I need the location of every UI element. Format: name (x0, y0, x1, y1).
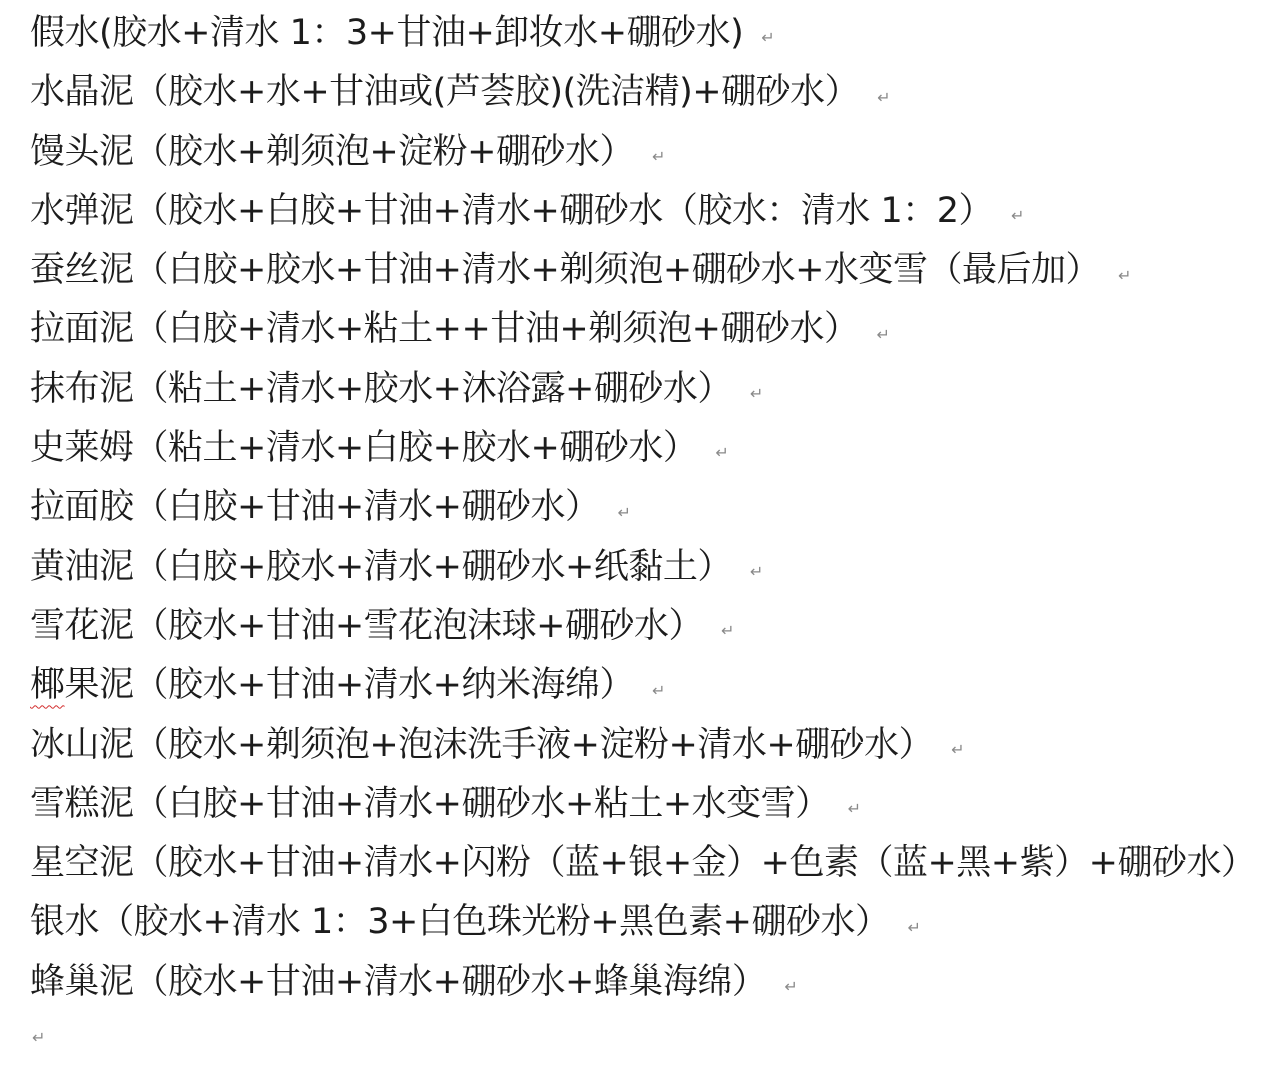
recipe-line-icecream-slime[interactable]: 雪糕泥（白胶+甘油+清水+硼砂水+粘土+水变雪）↵ (30, 775, 1266, 834)
recipe-line-fake-water[interactable]: 假水(胶水+清水 1：3+甘油+卸妆水+硼砂水)↵ (30, 4, 1266, 63)
paragraph-mark-icon: ↵ (1011, 186, 1024, 245)
slime-name: 雪花泥 (30, 606, 134, 646)
paragraph-mark-icon: ↵ (877, 68, 890, 127)
paragraph-mark-icon: ↵ (848, 779, 861, 838)
recipe-line-honeycomb-slime[interactable]: 蜂巢泥（胶水+甘油+清水+硼砂水+蜂巢海绵）↵ (30, 953, 1266, 1012)
paragraph-mark-icon: ↵ (750, 364, 763, 423)
ingredients: （胶水+甘油+雪花泡沫球+硼砂水） (134, 606, 703, 646)
slime-name: 拉面胶 (30, 487, 134, 527)
recipe-line-galaxy-slime[interactable]: 星空泥（胶水+甘油+清水+闪粉（蓝+银+金）+色素（蓝+黑+紫）+硼砂水） (30, 834, 1266, 893)
ingredients: （白胶+胶水+甘油+清水+剃须泡+硼砂水+水变雪（最后加） (134, 250, 1100, 290)
slime-name: 抹布泥 (30, 369, 134, 409)
recipe-line-silver-water[interactable]: 银水（胶水+清水 1：3+白色珠光粉+黑色素+硼砂水）↵ (30, 893, 1266, 952)
recipe-line-crystal-slime[interactable]: 水晶泥（胶水+水+甘油或(芦荟胶)(洗洁精)+硼砂水）↵ (30, 63, 1266, 122)
ingredients: （白胶+甘油+清水+硼砂水+粘土+水变雪） (134, 784, 830, 824)
slime-name: 蜂巢泥 (30, 962, 134, 1002)
ingredients: （白胶+清水+粘土++甘油+剃须泡+硼砂水） (134, 309, 859, 349)
recipe-line-snowflake-slime[interactable]: 雪花泥（胶水+甘油+雪花泡沫球+硼砂水）↵ (30, 597, 1266, 656)
paragraph-mark-icon: ↵ (715, 423, 728, 482)
paragraph-mark-icon: ↵ (1118, 246, 1131, 305)
spellcheck-flagged-word[interactable]: 椰 (30, 665, 65, 705)
ingredients: （白胶+甘油+清水+硼砂水） (134, 487, 600, 527)
ingredients: (胶水+清水 1：3+甘油+卸妆水+硼砂水) (99, 13, 743, 53)
ingredients: （胶水+甘油+清水+硼砂水+蜂巢海绵） (134, 962, 767, 1002)
recipe-line-noodle-slime[interactable]: 拉面泥（白胶+清水+粘土++甘油+剃须泡+硼砂水）↵ (30, 300, 1266, 359)
paragraph-mark-icon: ↵ (721, 601, 734, 660)
paragraph-mark-icon: ↵ (750, 542, 763, 601)
slime-name: 拉面泥 (30, 309, 134, 349)
recipe-line-cloth-slime[interactable]: 抹布泥（粘土+清水+胶水+沐浴露+硼砂水）↵ (30, 360, 1266, 419)
ingredients: （胶水+白胶+甘油+清水+硼砂水（胶水：清水 1：2） (134, 191, 993, 231)
slime-name: 银水 (30, 902, 99, 942)
document-body[interactable]: 假水(胶水+清水 1：3+甘油+卸妆水+硼砂水)↵ 水晶泥（胶水+水+甘油或(芦… (30, 4, 1266, 1012)
slime-name: 雪糕泥 (30, 784, 134, 824)
paragraph-mark-icon: ↵ (784, 957, 797, 1016)
slime-name: 果泥 (65, 665, 134, 705)
paragraph-mark-icon: ↵ (951, 720, 964, 779)
recipe-line-butter-slime[interactable]: 黄油泥（白胶+胶水+清水+硼砂水+纸黏土）↵ (30, 538, 1266, 597)
recipe-line-bun-slime[interactable]: 馒头泥（胶水+剃须泡+淀粉+硼砂水）↵ (30, 123, 1266, 182)
ingredients: （白胶+胶水+清水+硼砂水+纸黏土） (134, 547, 732, 587)
slime-name: 蚕丝泥 (30, 250, 134, 290)
slime-name: 史莱姆 (30, 428, 134, 468)
recipe-line-slime[interactable]: 史莱姆（粘土+清水+白胶+胶水+硼砂水）↵ (30, 419, 1266, 478)
slime-name: 假水 (30, 13, 99, 53)
recipe-line-jelly-slime[interactable]: 水弹泥（胶水+白胶+甘油+清水+硼砂水（胶水：清水 1：2）↵ (30, 182, 1266, 241)
paragraph-mark-icon: ↵ (761, 8, 774, 67)
ingredients: （粘土+清水+白胶+胶水+硼砂水） (134, 428, 698, 468)
ingredients: （胶水+甘油+清水+纳米海绵） (134, 665, 634, 705)
ingredients: （胶水+剃须泡+淀粉+硼砂水） (134, 132, 634, 172)
ingredients: （粘土+清水+胶水+沐浴露+硼砂水） (134, 369, 732, 409)
recipe-line-iceberg-slime[interactable]: 冰山泥（胶水+剃须泡+泡沫洗手液+淀粉+清水+硼砂水）↵ (30, 716, 1266, 775)
paragraph-mark-icon: ↵ (652, 661, 665, 720)
slime-name: 黄油泥 (30, 547, 134, 587)
paragraph-mark-icon: ↵ (907, 898, 920, 957)
recipe-line-noodle-glue[interactable]: 拉面胶（白胶+甘油+清水+硼砂水）↵ (30, 478, 1266, 537)
empty-paragraph-mark-icon[interactable]: ↵ (32, 1028, 45, 1047)
slime-name: 星空泥 (30, 843, 134, 883)
ingredients: （胶水+剃须泡+泡沫洗手液+淀粉+清水+硼砂水） (134, 725, 934, 765)
ingredients: （胶水+水+甘油或(芦荟胶)(洗洁精)+硼砂水） (134, 72, 860, 112)
recipe-line-coconut-slime[interactable]: 椰果泥（胶水+甘油+清水+纳米海绵）↵ (30, 656, 1266, 715)
slime-name: 馒头泥 (30, 132, 134, 172)
paragraph-mark-icon: ↵ (652, 127, 665, 186)
recipe-line-silk-slime[interactable]: 蚕丝泥（白胶+胶水+甘油+清水+剃须泡+硼砂水+水变雪（最后加）↵ (30, 241, 1266, 300)
slime-name: 水弹泥 (30, 191, 134, 231)
slime-name: 冰山泥 (30, 725, 134, 765)
slime-name: 水晶泥 (30, 72, 134, 112)
ingredients: （胶水+甘油+清水+闪粉（蓝+银+金）+色素（蓝+黑+紫）+硼砂水） (134, 843, 1256, 883)
paragraph-mark-icon: ↵ (876, 305, 889, 364)
ingredients: （胶水+清水 1：3+白色珠光粉+黑色素+硼砂水） (99, 902, 889, 942)
paragraph-mark-icon: ↵ (618, 483, 631, 542)
